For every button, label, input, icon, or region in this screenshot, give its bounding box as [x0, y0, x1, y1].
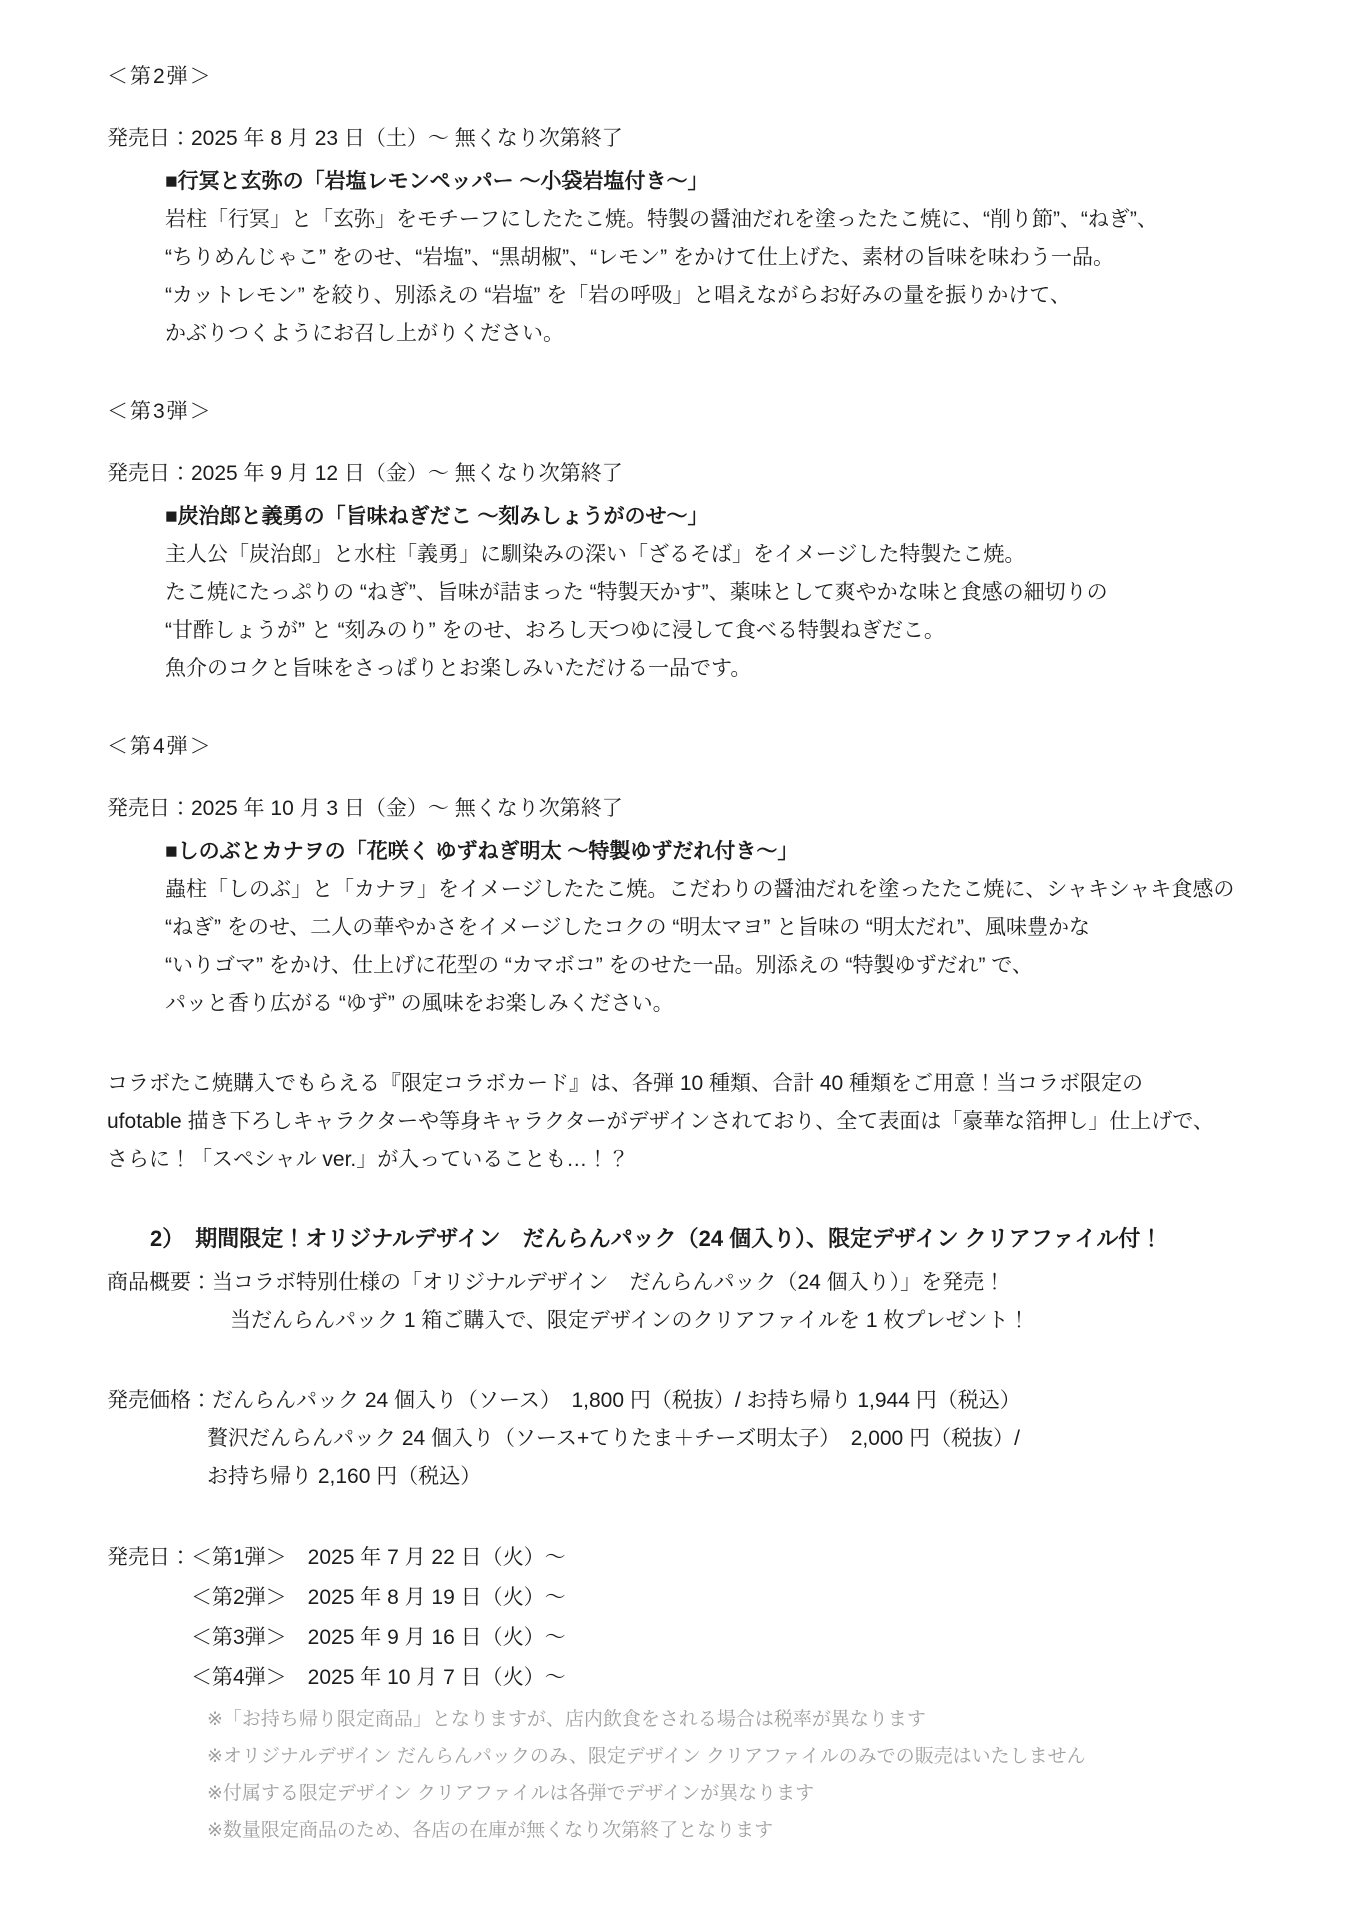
release-date-item: ＜第3弾＞ 2025 年 9 月 16 日（火）～: [191, 1618, 566, 1658]
body-line: かぶりつくようにお召し上がりください。: [165, 315, 1288, 353]
collab-card-paragraph: コラボたこ焼購入でもらえる『限定コラボカード』は、各弾 10 種類、合計 40 …: [107, 1065, 1288, 1179]
release-date-item: ＜第4弾＞ 2025 年 10 月 7 日（火）～: [191, 1658, 566, 1698]
body-line: ufotable 描き下ろしキャラクターや等身キャラクターがデザインされており、…: [107, 1103, 1288, 1141]
product-description: 蟲柱「しのぶ」と「カナヲ」をイメージしたたこ焼。こだわりの醤油だれを塗ったたこ焼…: [165, 871, 1288, 1023]
footnote-line: ※「お持ち帰り限定商品」となりますが、店内飲食をされる場合は税率が異なります: [207, 1701, 1288, 1738]
footnote-line: ※数量限定商品のため、各店の在庫が無くなり次第終了となります: [207, 1812, 1288, 1849]
product-description: 主人公「炭治郎」と水柱「義勇」に馴染みの深い「ざるそば」をイメージした特製たこ焼…: [165, 536, 1288, 688]
release-date-line: 発売日：2025 年 10 月 3 日（金）～ 無くなり次第終了: [107, 790, 1288, 828]
phase-header: ＜第2弾＞: [107, 58, 1288, 96]
body-line: “カットレモン” を絞り、別添えの “岩塩” を「岩の呼吸」と唱えながらお好みの…: [165, 277, 1288, 315]
body-line: “ねぎ” をのせ、二人の華やかさをイメージしたコクの “明太マヨ” と旨味の “…: [165, 909, 1288, 947]
price-info: 発売価格：だんらんパック 24 個入り（ソース） 1,800 円（税抜）/ お持…: [107, 1382, 1288, 1496]
phase-section-2: ＜第2弾＞ 発売日：2025 年 8 月 23 日（土）～ 無くなり次第終了 ■…: [107, 58, 1288, 353]
release-date-item: ＜第2弾＞ 2025 年 8 月 19 日（火）～: [191, 1578, 566, 1618]
overview-line: 当だんらんパック 1 箱ご購入で、限定デザインのクリアファイルを 1 枚プレゼン…: [230, 1302, 1288, 1340]
footnote-line: ※オリジナルデザイン だんらんパックのみ、限定デザイン クリアファイルのみでの販…: [207, 1738, 1288, 1775]
body-line: 魚介のコクと旨味をさっぱりとお楽しみいただける一品です。: [165, 650, 1288, 688]
product-title: ■しのぶとカナヲの「花咲く ゆずねぎ明太 ～特製ゆずだれ付き～」: [165, 833, 1288, 871]
release-date-list: 発売日： ＜第1弾＞ 2025 年 7 月 22 日（火）～ ＜第2弾＞ 202…: [107, 1538, 1288, 1698]
body-line: “甘酢しょうが” と “刻みのり” をのせ、おろし天つゆに浸して食べる特製ねぎだ…: [165, 612, 1288, 650]
footnote-line: ※付属する限定デザイン クリアファイルは各弾でデザインが異なります: [207, 1775, 1288, 1812]
product-title: ■行冥と玄弥の「岩塩レモンペッパー ～小袋岩塩付き～」: [165, 163, 1288, 201]
body-line: “いりゴマ” をかけ、仕上げに花型の “カマボコ” をのせた一品。別添えの “特…: [165, 947, 1288, 985]
price-line: 贅沢だんらんパック 24 個入り（ソース+てりたま＋チーズ明太子） 2,000 …: [207, 1420, 1288, 1458]
body-line: たこ焼にたっぷりの “ねぎ”、旨味が詰まった “特製天かす”、薬味として爽やかな…: [165, 574, 1288, 612]
price-line: お持ち帰り 2,160 円（税込）: [207, 1458, 1288, 1496]
body-line: コラボたこ焼購入でもらえる『限定コラボカード』は、各弾 10 種類、合計 40 …: [107, 1065, 1288, 1103]
body-line: パッと香り広がる “ゆず” の風味をお楽しみください。: [165, 985, 1288, 1023]
release-date-line: 発売日：2025 年 8 月 23 日（土）～ 無くなり次第終了: [107, 120, 1288, 158]
body-line: さらに！「スペシャル ver.」が入っていることも…！？: [107, 1141, 1288, 1179]
phase-section-4: ＜第4弾＞ 発売日：2025 年 10 月 3 日（金）～ 無くなり次第終了 ■…: [107, 728, 1288, 1023]
body-line: 蟲柱「しのぶ」と「カナヲ」をイメージしたたこ焼。こだわりの醤油だれを塗ったたこ焼…: [165, 871, 1288, 909]
phase-header: ＜第3弾＞: [107, 393, 1288, 431]
product-overview: 商品概要：当コラボ特別仕様の「オリジナルデザイン だんらんパック（24 個入り）…: [107, 1264, 1288, 1340]
footnotes: ※「お持ち帰り限定商品」となりますが、店内飲食をされる場合は税率が異なります ※…: [207, 1701, 1288, 1849]
product-title: ■炭治郎と義勇の「旨味ねぎだこ ～刻みしょうがのせ～」: [165, 498, 1288, 536]
overview-line: 商品概要：当コラボ特別仕様の「オリジナルデザイン だんらんパック（24 個入り）…: [107, 1264, 1288, 1302]
body-line: 主人公「炭治郎」と水柱「義勇」に馴染みの深い「ざるそば」をイメージした特製たこ焼…: [165, 536, 1288, 574]
pack-section-heading: 2） 期間限定！オリジナルデザイン だんらんパック（24 個入り）、限定デザイン…: [150, 1220, 1288, 1258]
release-date-items: ＜第1弾＞ 2025 年 7 月 22 日（火）～ ＜第2弾＞ 2025 年 8…: [191, 1538, 566, 1698]
phase-section-3: ＜第3弾＞ 発売日：2025 年 9 月 12 日（金）～ 無くなり次第終了 ■…: [107, 393, 1288, 688]
product-description: 岩柱「行冥」と「玄弥」をモチーフにしたたこ焼。特製の醤油だれを塗ったたこ焼に、“…: [165, 201, 1288, 353]
release-date-line: 発売日：2025 年 9 月 12 日（金）～ 無くなり次第終了: [107, 455, 1288, 493]
press-release-page: ＜第2弾＞ 発売日：2025 年 8 月 23 日（土）～ 無くなり次第終了 ■…: [0, 0, 1358, 1849]
body-line: “ちりめんじゃこ” をのせ、“岩塩”、“黒胡椒”、“レモン” をかけて仕上げた、…: [165, 239, 1288, 277]
price-line: 発売価格：だんらんパック 24 個入り（ソース） 1,800 円（税抜）/ お持…: [107, 1382, 1288, 1420]
phase-header: ＜第4弾＞: [107, 728, 1288, 766]
release-date-label: 発売日：: [107, 1538, 191, 1578]
release-date-item: ＜第1弾＞ 2025 年 7 月 22 日（火）～: [191, 1538, 566, 1578]
body-line: 岩柱「行冥」と「玄弥」をモチーフにしたたこ焼。特製の醤油だれを塗ったたこ焼に、“…: [165, 201, 1288, 239]
